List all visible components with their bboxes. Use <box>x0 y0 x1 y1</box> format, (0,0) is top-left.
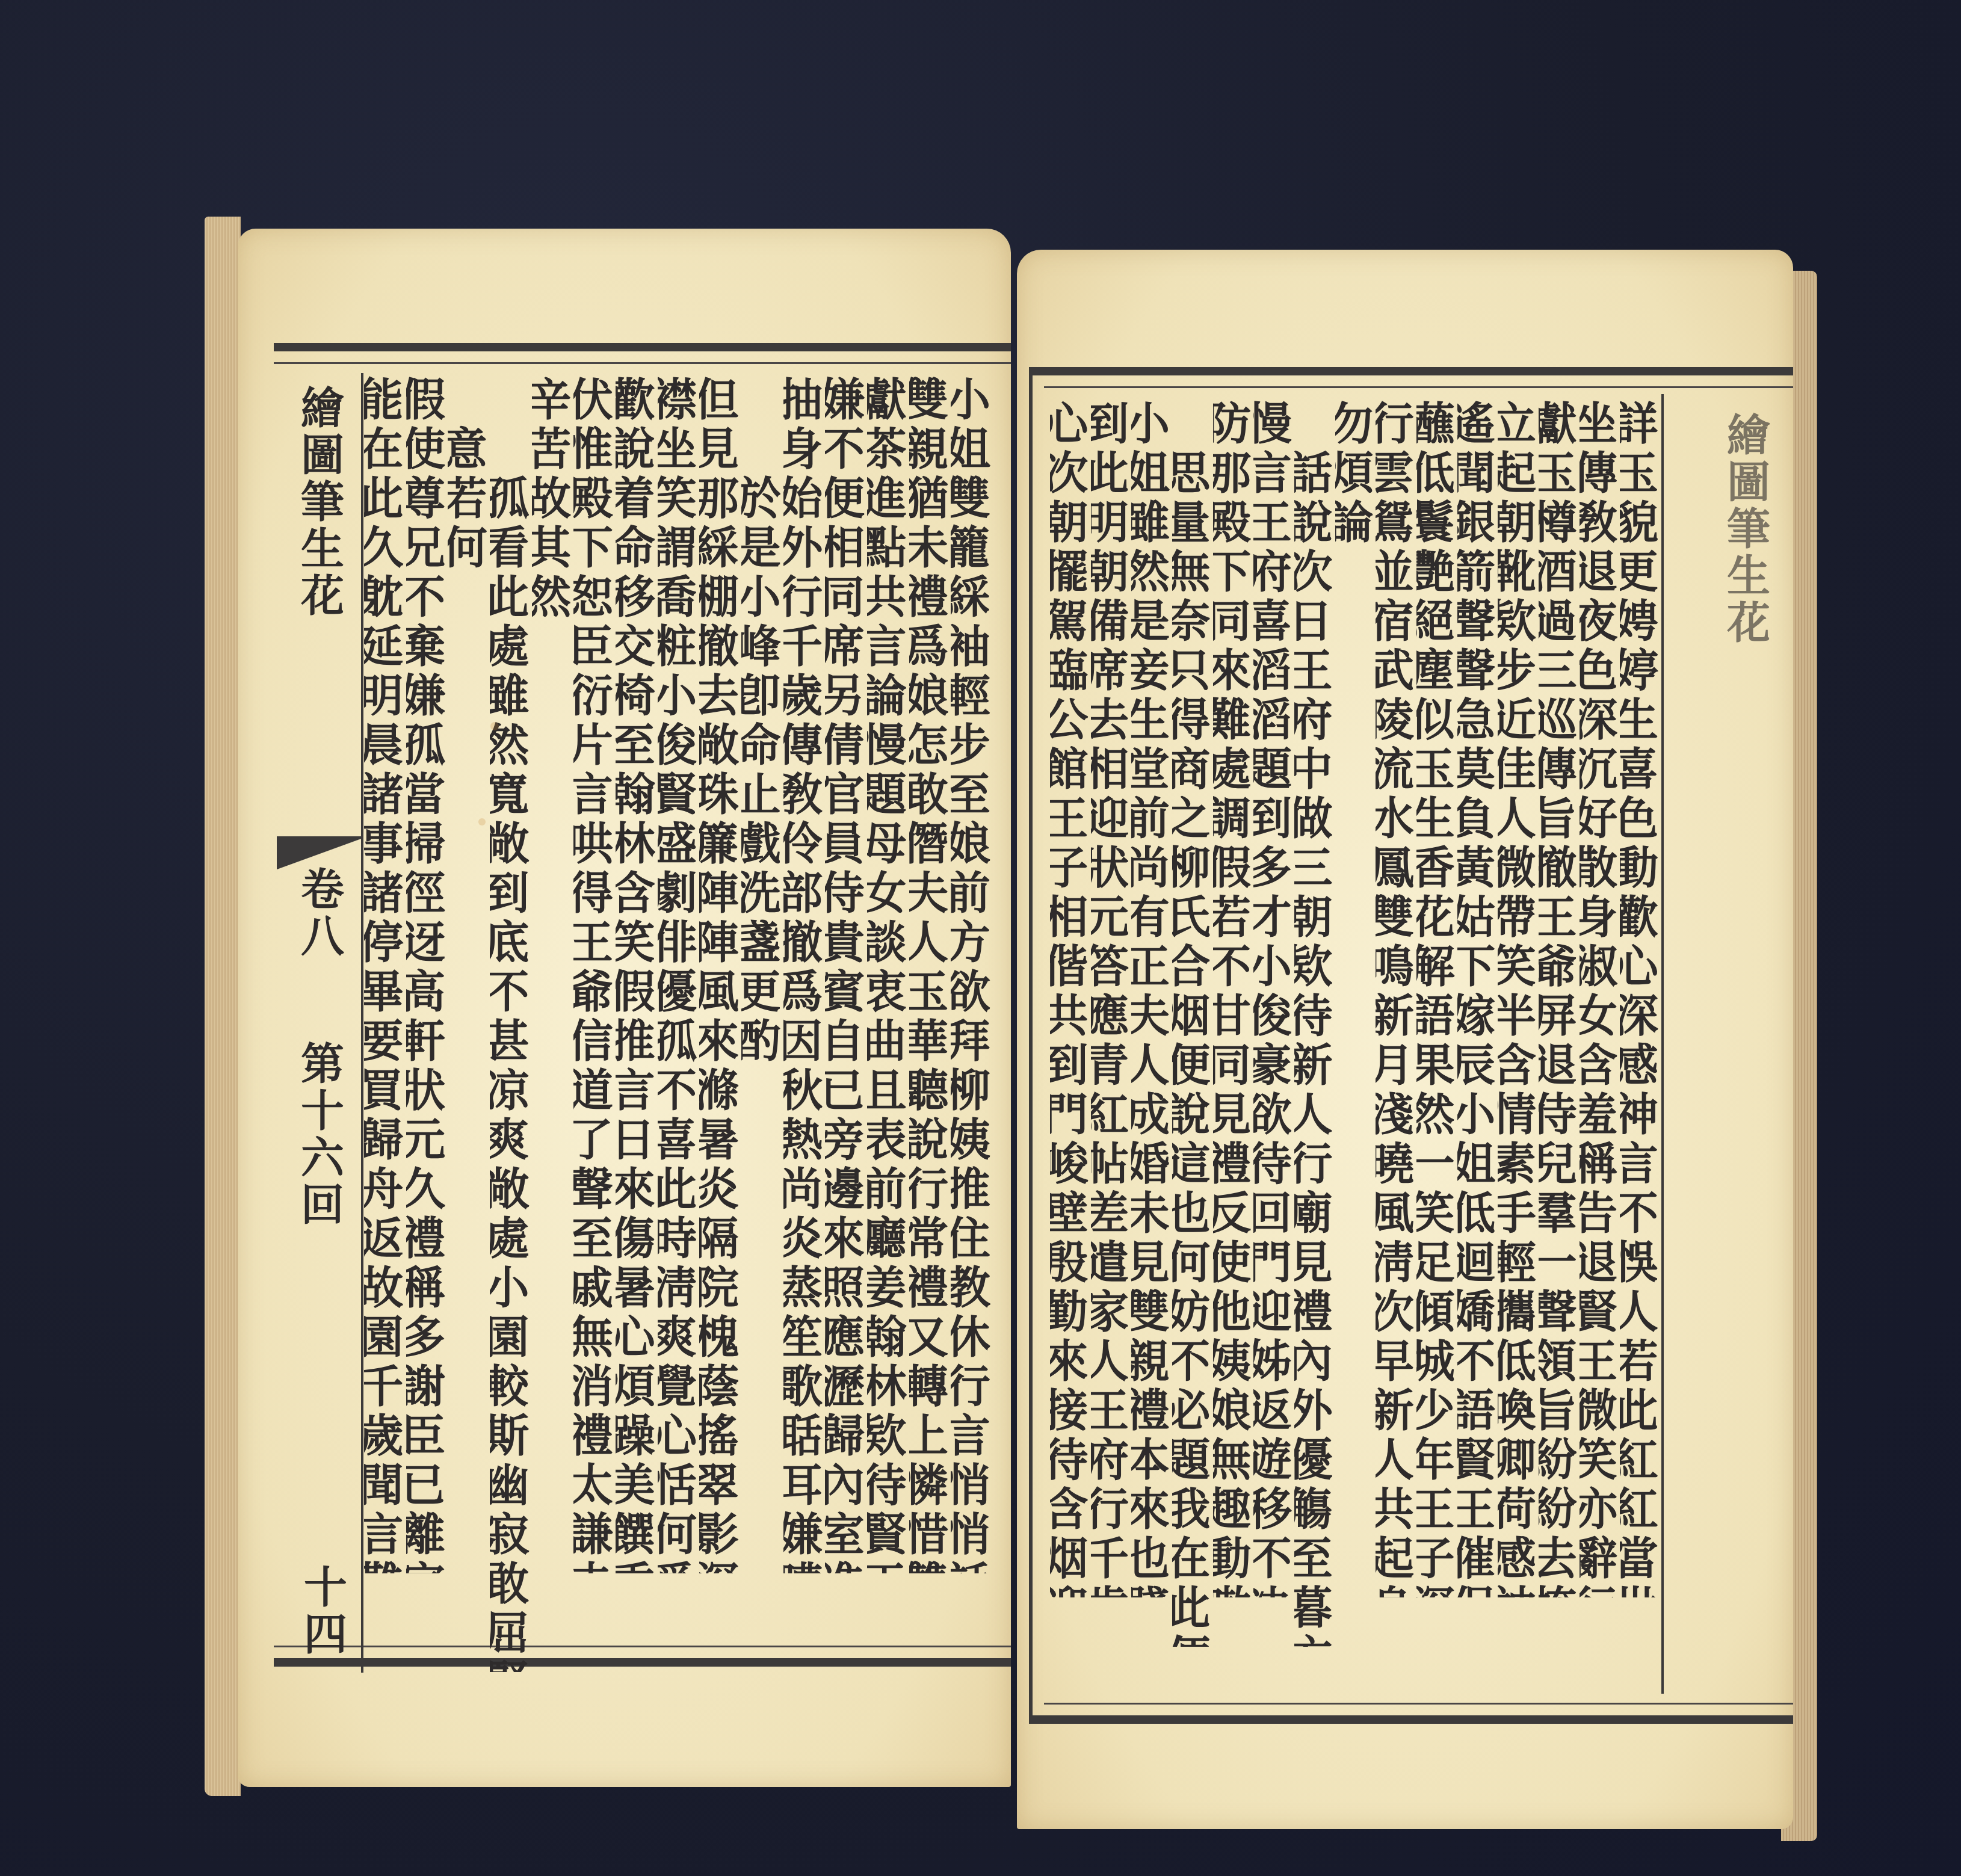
text-column: 襟坐笑謂喬粧小俊賢盛劇俳優孤不喜此時淸爽覺心恬何爲賢舅旁邊坐何不同來盡一 <box>658 376 700 1573</box>
left-page-edges <box>205 217 241 1796</box>
left-frame-inner-top <box>274 362 1011 364</box>
text-column: 蘸低鬟艷絕塵似玉生香花解語果然一笑足傾城少年王子深憐愛笑挽新人入綉衾巫峽 <box>1416 400 1457 1597</box>
text-column: 到此明朝備席去相迎狀元答應青紅帖差遣家人王府行千歲太妃皆允諾述知小姐自歡 <box>1091 400 1132 1597</box>
text-column: 立起朝靴欵步近佳人微帶笑半含情素手輕攜低喚卿荷感神明留吉夢公然邂逅締良姻 <box>1498 400 1539 1597</box>
left-frame-inner-bottom <box>274 1646 1011 1647</box>
left-page: 繪圖筆生花 卷八 第十六回 十四 小姐雙籠綵袖輕步至娘前方欲拜柳姨推住教休行言悄… <box>238 229 1011 1787</box>
text-column: 但見那綵棚撤去敞珠簾陣陣風來滌暑炎隔院槐蔭搖翠影深堂香篆裊芳烟少年王子披 <box>699 376 741 1573</box>
text-column: 辛苦故其然 <box>532 376 574 1573</box>
left-text-body: 小姐雙籠綵袖輕步至娘前方欲拜柳姨推住教休行言悄悄話輕輕告與衛來商議情小姐 雙親猶… <box>364 376 993 1573</box>
right-banxin: 繪圖筆生花 <box>1661 394 1793 1694</box>
text-column: 遙聞銀箭聲聲急莫負黃姑下嫁辰小姐低迴嬌不語賢王催促卸釵簪珠冠一卸花容現淺 <box>1457 400 1498 1597</box>
banxin-book-title: 繪圖筆生花 <box>295 385 343 620</box>
right-page: 繪圖筆生花 詳玉貌更娉婷生喜色動歡心深感神言不悞人若此紅紅當世少自然玉女是前生賜… <box>1017 250 1793 1829</box>
text-column: 抽身始外行千歲傳敎伶部撤爲因秋熱尚炎蒸笙歌聒耳嫌嘈雜不若清談覺暑輕 <box>783 376 826 1573</box>
text-column: 孤看此處雖然寬敞到底不甚凉爽敞處小園較斯幽寂敢屈賢舅徒去盤桓數日未知尊 <box>490 376 532 1672</box>
text-column: 行雲鴛並宿武陵流水鳳雙鳴新月淺曉風淸次早新人共起身妝罷前宮來定省一朝無事 <box>1376 400 1416 1597</box>
book-spread: 繪圖筆生花 卷八 第十六回 十四 小姐雙籠綵袖輕步至娘前方欲拜柳姨推住教休行言悄… <box>0 0 1961 1876</box>
text-column: 伏惟殿下恕臣衍片言哄得王爺信道了聲至戚無消禮太謙未識尊軀何不快想必是中途 <box>573 376 616 1573</box>
left-banxin: 繪圖筆生花 卷八 第十六回 十四 <box>277 373 363 1673</box>
text-column: 假使尊兄不棄嫌孤當掃徑迓高軒狀元久禮稱多謝臣已離家數十天父母倚門懸望切不 <box>406 376 448 1573</box>
text-column: 歡說着命移交椅至翰林含笑假推言日來傷暑心煩躁美饌香醪未敢沾失侍尊筵深負罪 <box>616 376 658 1573</box>
right-frame-inner-top <box>1044 386 1793 388</box>
text-column: 意若何 <box>448 376 490 1623</box>
text-column: 心次朝擺駕臨公館王子相偕共到門峻壁殷勤來接待含烟迎入女千金娘兒會面悲含喜 <box>1050 400 1091 1597</box>
banxin-chapter: 第十六回 <box>295 1041 343 1229</box>
text-column: 話說次日王府中做三朝欵待新人行廟見禮內外優觴至暮方散 <box>1294 400 1335 1647</box>
text-column: 小姐雙籠綵袖輕步至娘前方欲拜柳姨推住教休行言悄悄話輕輕告與衛來商議情小姐 <box>951 376 993 1573</box>
banxin-page-number: 十四 <box>298 1564 346 1658</box>
paper-stain <box>478 818 486 825</box>
text-column: 雙親猶未禮爲娘怎敢僭夫人玉華聽說行常禮又轉上憐惜雙姬見漱英柳氏讓他姣女坐 <box>909 376 951 1573</box>
text-column: 慢言王府喜滔滔題到多才小俊豪欲待回門迎姊返遊移不决費推敲只因小姐偏房出恐 <box>1253 400 1294 1597</box>
text-column: 防那殿下同來難處調假若不甘同見禮反使他姨娘無趣動嗷嘈 <box>1213 400 1254 1597</box>
text-column: 於是小峰卽命止戲洗盞更酌 <box>741 376 783 1672</box>
text-column: 能在此久躭延明晨諸事諸停畢要買歸舟返故園千歲聞言難苑强另談別話叩英賢自來 <box>364 376 406 1573</box>
right-text-body: 詳玉貌更娉婷生喜色動歡心深感神言不悞人若此紅紅當世少自然玉女是前生賜茶略 坐傳敎… <box>1050 400 1661 1597</box>
text-column: 嫌不便相同席另倩官員侍貴賓自已旁邊來照應瀝歸內室進湯羹相陪乃姊寒溫叙良久 <box>825 376 867 1573</box>
text-column: 詳玉貌更娉婷生喜色動歡心深感神言不悞人若此紅紅當世少自然玉女是前生賜茶略 <box>1620 400 1661 1597</box>
text-column: 小姐雖然是妾生堂前尚有正夫人成婚未見雙親禮本來也賤妾何堪先宴尊公子不消愁 <box>1131 400 1172 1597</box>
paper-stain <box>490 722 499 730</box>
text-column: 坐傳敎退夜色深沉好散身淑女含羞稱告退賢王微笑亦辭行雙雙同至新宮室合巹花筵 <box>1580 400 1620 1597</box>
banxin-volume: 卷八 <box>295 866 343 960</box>
text-column: 勿煩論 <box>1335 400 1376 1597</box>
text-column: 獻茶進點共言論慢題母女談衷曲且表前廳姜翰林欵待賢王呈盛設梨園全部演新聲避 <box>867 376 909 1573</box>
text-column: 獻玉樽酒過三巡傳旨撤王爺屏退侍兒羣一聲領旨紛紛去掩上朱紅兩扇門此際王爺方 <box>1539 400 1580 1597</box>
right-frame-inner-bottom <box>1044 1703 1793 1705</box>
banxin-book-title: 繪圖筆生花 <box>1721 412 1769 647</box>
text-column: 思量無奈只得商之柳氏合烟便說這也何妨不必題我在此便了 <box>1172 400 1213 1647</box>
